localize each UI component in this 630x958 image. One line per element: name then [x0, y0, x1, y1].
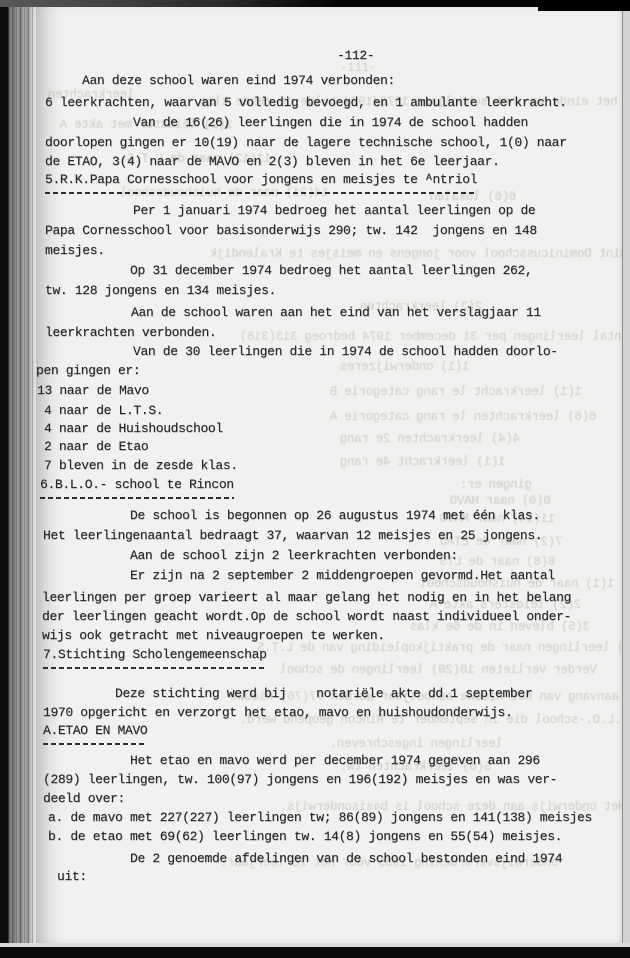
scan-bottom-edge: [0, 947, 630, 958]
book-binding-edge: [8, 0, 36, 958]
scan-left-edge: [0, 0, 8, 958]
page-right-edge: [622, 0, 630, 958]
scan-top-right-edge: [538, 0, 630, 11]
scan-top-edge: [0, 0, 630, 7]
paper: [36, 5, 623, 947]
